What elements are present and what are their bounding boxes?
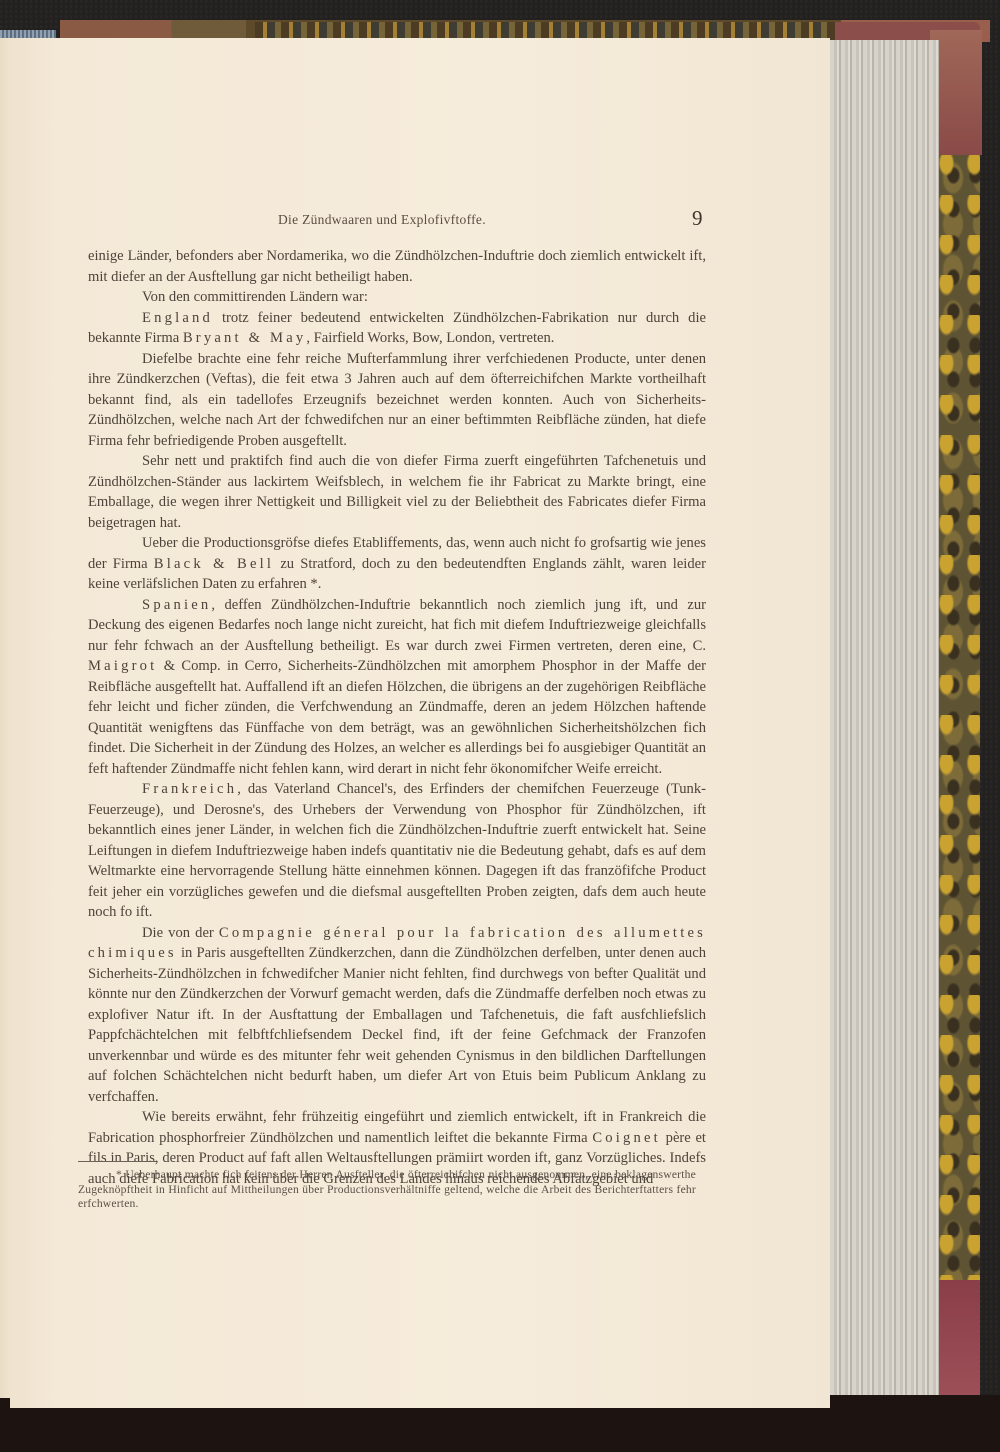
firm-name: Maigrot xyxy=(88,658,157,674)
paragraph-text: Sehr nett und praktifch find auch die vo… xyxy=(88,453,706,531)
paragraph-text: Die von der xyxy=(142,925,219,941)
paragraph: Frankreich, das Vaterland Chancel's, des… xyxy=(88,779,706,923)
paragraph: Spanien, deffen Zündhölzchen-Induftrie b… xyxy=(88,595,706,780)
paragraph-text: , Fairfield Works, Bow, London, vertrete… xyxy=(306,330,554,346)
marbled-cover-paper xyxy=(938,155,980,1280)
country-name: Frankreich xyxy=(142,781,237,797)
footnote-text: * Ueberhaupt machte fich feitens der Her… xyxy=(78,1168,696,1212)
firm-name: Black & Bell xyxy=(154,556,274,572)
paragraph-text: , das Vaterland Chancel's, des Erfinders… xyxy=(88,781,706,920)
paragraph: Ueber die Productionsgröfse diefes Etabl… xyxy=(88,533,706,595)
firm-name: Bryant & May xyxy=(183,330,307,346)
paragraph: Diefelbe brachte eine fehr reiche Mufter… xyxy=(88,349,706,452)
page-fore-edge xyxy=(822,40,939,1402)
paragraph: einige Länder, befonders aber Nordamerik… xyxy=(88,246,706,287)
country-name: Spanien xyxy=(142,597,211,613)
paragraph-text: Diefelbe brachte eine fehr reiche Mufter… xyxy=(88,351,706,449)
footnote: * Ueberhaupt machte fich feitens der Her… xyxy=(78,1168,696,1212)
footnote-divider xyxy=(78,1161,156,1162)
paragraph: Die von der Compagnie géneral pour la fa… xyxy=(88,923,706,1108)
page-number: 9 xyxy=(692,206,703,231)
paragraph: England trotz feiner bedeutend entwickel… xyxy=(88,308,706,349)
body-text: einige Länder, befonders aber Nordamerik… xyxy=(88,246,706,1189)
paragraph-text: & Comp. in Cerro, Sicherheits-Zündhölzch… xyxy=(88,658,706,777)
running-title: Die Zündwaaren und Explofivftoffe. xyxy=(278,212,486,228)
paragraph: Sehr nett und praktifch find auch die vo… xyxy=(88,451,706,533)
country-name: England xyxy=(142,310,213,326)
paragraph-text: einige Länder, befonders aber Nordamerik… xyxy=(88,248,706,285)
paragraph-text: in Paris ausgeftellten Zündkerzchen, dan… xyxy=(88,945,706,1105)
paragraph-text: Von den committirenden Ländern war: xyxy=(142,289,368,305)
paragraph: Von den committirenden Ländern war: xyxy=(88,287,706,308)
running-head: Die Zündwaaren und Explofivftoffe. 9 xyxy=(10,210,770,232)
firm-name: Coignet xyxy=(592,1130,661,1146)
